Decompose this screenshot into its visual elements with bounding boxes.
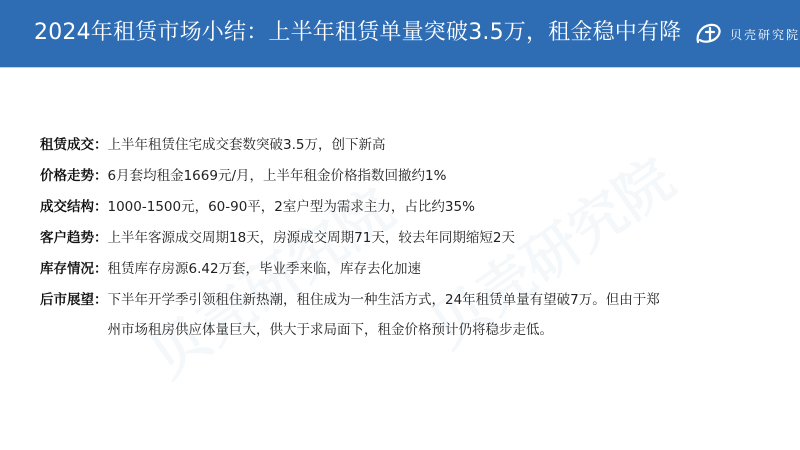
- item-text: 租赁库存房源6.42万套，毕业季来临，库存去化加速: [108, 260, 422, 278]
- item-text: 上半年客源成交周期18天，房源成交周期71天，较去年同期缩短2天: [108, 229, 515, 247]
- summary-list: 租赁成交： 上半年租赁住宅成交套数突破3.5万，创下新高 价格走势： 6月套均租…: [40, 136, 780, 358]
- header-bar: 2024年租赁市场小结：上半年租赁单量突破3.5万，租金稳中有降 贝壳研究院: [0, 0, 800, 68]
- summary-item-deal-structure: 成交结构： 1000-1500元，60-90平，2室户型为需求主力，占比约35%: [40, 198, 780, 216]
- item-text: 上半年租赁住宅成交套数突破3.5万，创下新高: [108, 136, 386, 154]
- item-text: 6月套均租金1669元/月，上半年租金价格指数回撤约1%: [108, 167, 447, 185]
- item-label: 成交结构：: [40, 198, 108, 216]
- item-label: 库存情况：: [40, 260, 108, 278]
- summary-item-outlook: 后市展望： 下半年开学季引领租住新热潮，租住成为一种生活方式，24年租赁单量有望…: [40, 291, 780, 345]
- summary-item-customer-trend: 客户趋势： 上半年客源成交周期18天，房源成交周期71天，较去年同期缩短2天: [40, 229, 780, 247]
- beike-logo-icon: [694, 22, 724, 46]
- brand-name: 贝壳研究院: [730, 26, 800, 43]
- item-label: 价格走势：: [40, 167, 108, 185]
- item-label: 租赁成交：: [40, 136, 108, 154]
- brand-logo: 贝壳研究院: [694, 20, 800, 48]
- item-text: 下半年开学季引领租住新热潮，租住成为一种生活方式，24年租赁单量有望破7万。但由…: [108, 285, 668, 345]
- item-label: 客户趋势：: [40, 229, 108, 247]
- item-label: 后市展望：: [40, 291, 108, 345]
- item-text: 1000-1500元，60-90平，2室户型为需求主力，占比约35%: [108, 198, 475, 216]
- summary-item-inventory: 库存情况： 租赁库存房源6.42万套，毕业季来临，库存去化加速: [40, 260, 780, 278]
- page-title: 2024年租赁市场小结：上半年租赁单量突破3.5万，租金稳中有降: [34, 18, 681, 48]
- summary-item-price-trend: 价格走势： 6月套均租金1669元/月，上半年租金价格指数回撤约1%: [40, 167, 780, 185]
- summary-item-rental-deals: 租赁成交： 上半年租赁住宅成交套数突破3.5万，创下新高: [40, 136, 780, 154]
